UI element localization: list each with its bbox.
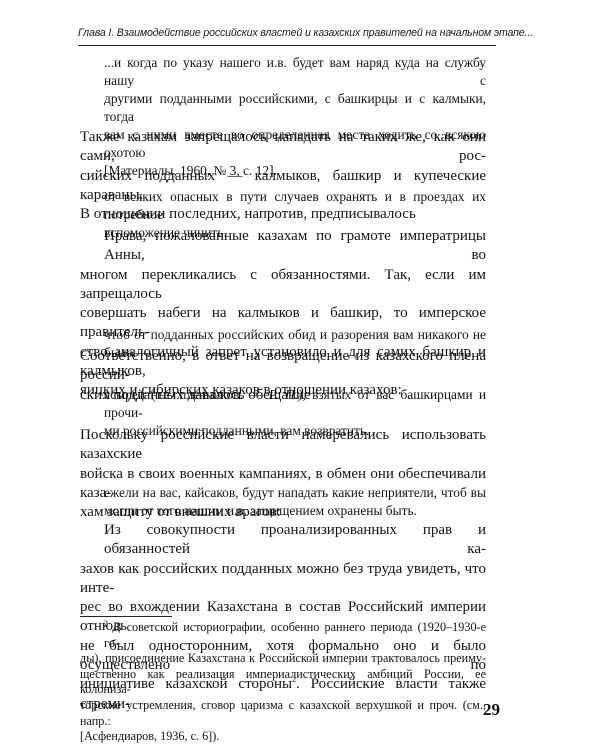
footnote-line: 2 В советской историографии, особенно ра… — [80, 620, 486, 651]
running-header: Глава I. Взаимодействие российских власт… — [78, 27, 496, 39]
footnote-separator — [80, 616, 172, 617]
text-line: от всяких опасных в пути случаев охранят… — [104, 188, 486, 224]
footnote-line: [Асфендиаров, 1936, с. 6]). — [80, 729, 486, 745]
text-line: захов как российских подданных можно без… — [80, 560, 486, 599]
block-quote: ежели на вас, кайсаков, будут нападать к… — [104, 484, 486, 520]
footnote-marker: 2 — [104, 619, 108, 628]
text-line: Соответственно, в ответ на возвращение и… — [80, 347, 486, 386]
text-line: другими подданными российскими, с башкир… — [104, 90, 486, 126]
page-number: 29 — [483, 700, 500, 720]
book-page: Глава I. Взаимодействие российских власт… — [0, 0, 600, 750]
header-rule — [78, 45, 496, 46]
text-line: чтоб от подданных российских обид и разо… — [104, 326, 486, 344]
text-line: могли от того нашим и.в. защищением охра… — [104, 502, 486, 520]
text-line: Поскольку российские власти намеревались… — [80, 426, 486, 465]
text-line: ежели на вас, кайсаков, будут нападать к… — [104, 484, 486, 502]
footnote-line: щественно как реализация империалистичес… — [80, 667, 486, 698]
author-initials: Р. П.) — [269, 387, 303, 402]
footnote-line: торские устремления, сговор царизма с ка… — [80, 698, 486, 729]
footnote: 2 В советской историографии, особенно ра… — [80, 620, 486, 745]
footnote-line: ды), присоединение Казахстана к Российск… — [80, 651, 486, 667]
text-line: Также казахам запрещалось нападать на та… — [80, 128, 486, 167]
text-line: Права, пожалованные казахам по грамоте и… — [80, 227, 486, 266]
text-line: многом перекликались с обязанностями. Та… — [80, 266, 486, 305]
text-line: ясырей (т.е. пленников. — Р. П.), взятых… — [104, 386, 486, 422]
text-line: ...и когда по указу нашего и.в. будет ва… — [104, 54, 486, 90]
text-line: Из совокупности проанализированных прав … — [80, 521, 486, 560]
